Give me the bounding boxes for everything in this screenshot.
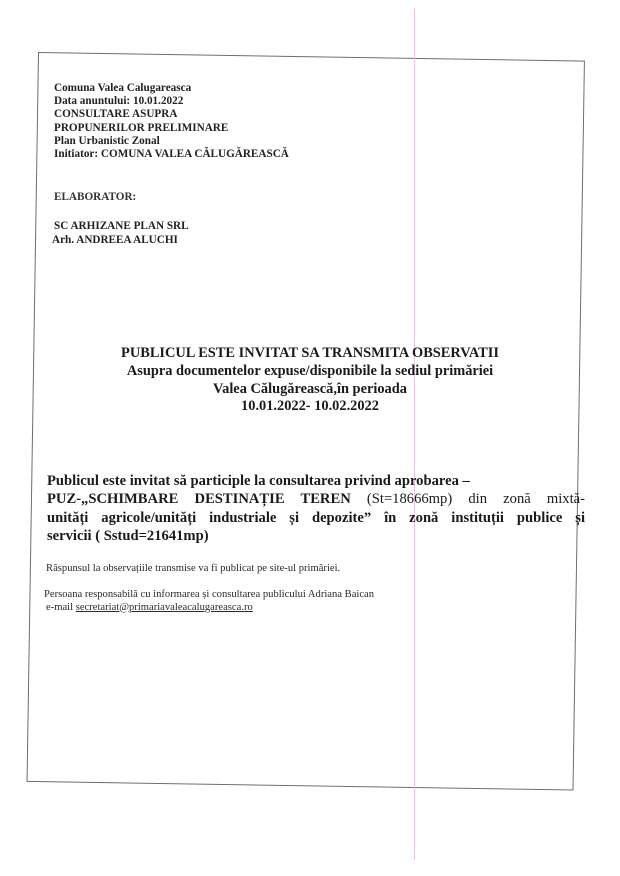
email-label: e-mail (46, 602, 73, 613)
consultation-line-1: CONSULTARE ASUPRA (54, 108, 289, 121)
elaborator-company: SC ARHIZANE PLAN SRL (52, 220, 189, 234)
announcement-date: Data anuntului: 10.01.2022 (54, 95, 289, 108)
consultation-line-2: PROPUNERILOR PRELIMINARE (54, 122, 289, 135)
plan-type: Plan Urbanistic Zonal (54, 135, 289, 148)
invitation-documents: Asupra documentelor expuse/disponibile l… (60, 363, 560, 381)
puz-line-3: unități agricole/unități industriale și … (47, 509, 585, 527)
elaborator-label: ELABORATOR: (54, 191, 136, 203)
announcement-date-label: Data anuntului: (54, 95, 130, 107)
puz-description: Publicul este invitat să participle la c… (47, 472, 585, 546)
email-link[interactable]: secretariat@primariavaleacalugareasca.ro (76, 602, 253, 613)
puz-line-1: Publicul este invitat să participle la c… (47, 472, 585, 490)
puz-line-4: servicii ( Sstud=21641mp) (47, 527, 585, 545)
initiator-value: COMUNA VALEA CĂLUGĂREASCĂ (101, 148, 289, 160)
contact-info: Persoana responsabilă cu informarea și c… (44, 589, 374, 614)
announcement-date-value: 10.01.2022 (133, 95, 183, 107)
invitation-period: 10.01.2022- 10.02.2022 (60, 398, 560, 416)
commune-name: Comuna Valea Calugareasca (54, 82, 289, 95)
response-note: Răspunsul la observațiile transmise va f… (46, 563, 340, 574)
puz-area: (St=18666mp) din zonă mixtă- (351, 491, 585, 507)
announcement-header: Comuna Valea Calugareasca Data anuntului… (54, 82, 289, 161)
document-page: Comuna Valea Calugareasca Data anuntului… (0, 0, 620, 876)
elaborator-architect: Arh. ANDREEA ALUCHI (52, 234, 189, 248)
invitation-heading: PUBLICUL ESTE INVITAT SA TRANSMITA OBSER… (60, 345, 560, 416)
puz-line-2: PUZ-„SCHIMBARE DESTINAȚIE TEREN (St=1866… (47, 490, 585, 508)
puz-title: PUZ-„SCHIMBARE DESTINAȚIE TEREN (47, 491, 351, 507)
responsible-person: Persoana responsabilă cu informarea și c… (44, 589, 374, 602)
email-line: e-mail secretariat@primariavaleacalugare… (44, 602, 374, 615)
invitation-title: PUBLICUL ESTE INVITAT SA TRANSMITA OBSER… (60, 345, 560, 363)
elaborator-details: SC ARHIZANE PLAN SRL Arh. ANDREEA ALUCHI (52, 220, 189, 247)
initiator: Initiator: COMUNA VALEA CĂLUGĂREASCĂ (54, 148, 289, 161)
invitation-location: Valea Călugărească,în perioada (60, 381, 560, 399)
initiator-label: Initiator: (54, 148, 98, 160)
